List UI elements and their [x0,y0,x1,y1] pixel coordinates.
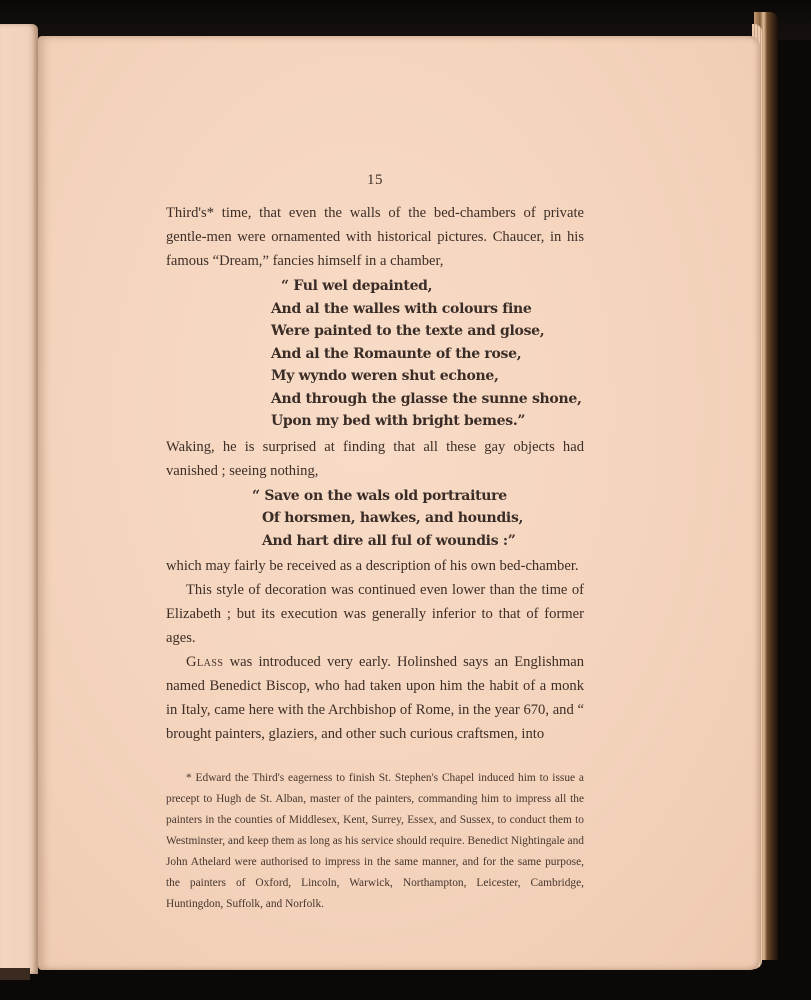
verse-line: Of horsmen, hawkes, and houndis, [262,507,584,530]
cover-corner [0,968,30,980]
verse-line: And al the Romaunte of the rose, [271,343,584,366]
glass-lead-word: Glass [186,654,224,670]
verse-quote-1: “ Ful wel depainted, And al the walles w… [166,275,584,433]
book-cover-top [0,0,811,40]
paragraph-2: Waking, he is surprised at finding that … [166,435,584,483]
verse-line: “ Ful wel depainted, [281,275,584,298]
paragraph-3: which may fairly be received as a descri… [166,554,584,578]
verse-line: And al the walles with colours fine [271,298,584,321]
verse-line: And through the glasse the sunne shone, [271,388,584,411]
paragraph-4: This style of decoration was continued e… [166,578,584,650]
verse-line: Were painted to the texte and glose, [271,320,584,343]
page-text: 15 Third's* time, that even the walls of… [166,172,584,915]
verse-quote-2: “ Save on the wals old portraiture Of ho… [166,485,584,553]
facing-page-edge [0,24,38,974]
page-number: 15 [166,172,584,189]
paragraph-5-body: was introduced very early. Holinshed say… [166,654,584,742]
verse-line: My wyndo weren shut echone, [271,365,584,388]
verse-line: Upon my bed with bright bemes.” [271,410,584,433]
paragraph-1: Third's* time, that even the walls of th… [166,201,584,273]
paragraph-5: Glass was introduced very early. Holinsh… [166,650,584,746]
verse-line: And hart dire all ful of woundis :” [262,530,584,553]
footnote-text: * Edward the Third's eagerness to finish… [166,768,584,915]
footnote: * Edward the Third's eagerness to finish… [166,768,584,915]
verse-line: “ Save on the wals old portraiture [252,485,584,508]
